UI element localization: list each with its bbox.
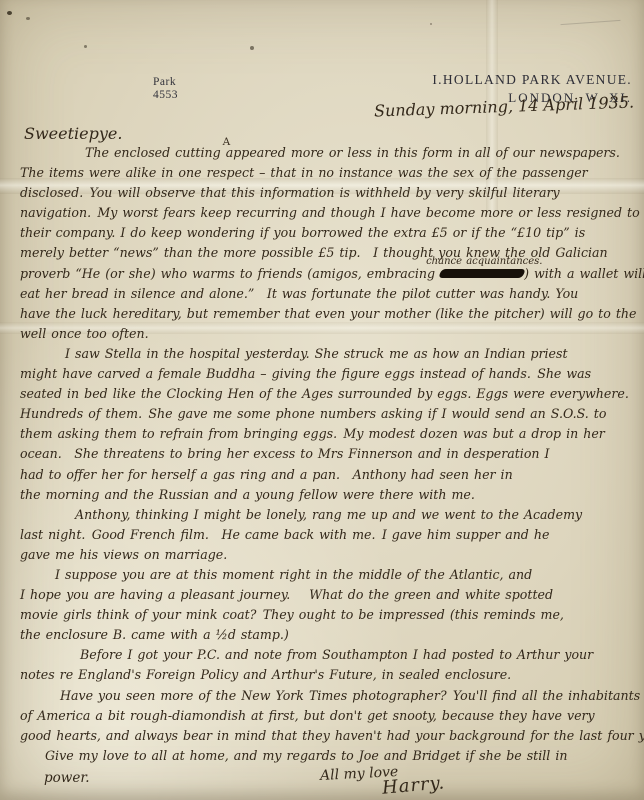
body-line: the enclosure B. came with a ½d stamp.) xyxy=(20,625,634,645)
body-line: Hundreds of them. She gave me some phone… xyxy=(20,404,634,424)
body-line: good hearts, and always bear in mind tha… xyxy=(20,726,634,746)
body-line: seated in bed like the Clocking Hen of t… xyxy=(20,384,634,404)
body-line: had to offer her for herself a gas ring … xyxy=(20,465,634,485)
phone-exchange: Park xyxy=(153,76,178,89)
body-line: The items were alike in one respect – th… xyxy=(20,163,634,183)
body-line: notes re England's Foreign Policy and Ar… xyxy=(20,665,634,685)
proverb-text-before: proverb “He (or she) who warms to friend… xyxy=(20,266,435,281)
body-line: disclosed. You will observe that this in… xyxy=(20,183,634,203)
body-line: last night. Good French film. He came ba… xyxy=(20,525,634,545)
pencil-scribble xyxy=(560,6,621,25)
body-line: Before I got your P.C. and note from Sou… xyxy=(20,645,634,665)
body-line: the morning and the Russian and a young … xyxy=(20,485,634,505)
paper-speck xyxy=(430,23,432,25)
redaction-wrap: chance acquaintances. xyxy=(440,264,524,284)
body-line: gave me his views on marriage. xyxy=(20,545,634,565)
opening-text-before: The enclosed cutting xyxy=(85,145,221,160)
body-line: I saw Stella in the hospital yesterday. … xyxy=(20,344,634,364)
body-line: of America a bit rough-diamondish at fir… xyxy=(20,706,634,726)
paper-speck xyxy=(7,11,12,15)
letter-body: The enclosed cuttingA appeared more or l… xyxy=(20,143,634,800)
inserted-letter-a: A xyxy=(223,132,231,152)
closing-last-word: power. xyxy=(44,770,90,786)
redaction-mark xyxy=(438,269,526,278)
body-line: have the luck hereditary, but remember t… xyxy=(20,304,634,324)
salutation: Sweetiepye. xyxy=(24,124,122,143)
body-line: Anthony, thinking I might be lonely, ran… xyxy=(20,505,634,525)
body-line: Have you seen more of the New York Times… xyxy=(20,686,634,706)
body-line: Give my love to all at home, and my rega… xyxy=(20,746,634,766)
closing-row: power. All my love Harry. xyxy=(20,766,634,800)
body-line: I hope you are having a pleasant journey… xyxy=(20,585,634,605)
body-line: navigation. My worst fears keep recurrin… xyxy=(20,203,634,223)
body-line: might have carved a female Buddha – givi… xyxy=(20,364,634,384)
body-line: I suppose you are at this moment right i… xyxy=(20,565,634,585)
body-line-proverb: proverb “He (or she) who warms to friend… xyxy=(20,264,634,284)
insertion-mark-a: A xyxy=(221,143,226,163)
paper-speck xyxy=(26,17,30,20)
paper-speck xyxy=(84,45,87,48)
body-line: movie girls think of your mink coat? The… xyxy=(20,605,634,625)
body-line: well once too often. xyxy=(20,324,634,344)
address-line-1: I.HOLLAND PARK AVENUE. xyxy=(432,72,632,88)
body-line: them asking them to refrain from bringin… xyxy=(20,424,634,444)
phone-number: 4553 xyxy=(153,89,178,102)
body-line: The enclosed cuttingA appeared more or l… xyxy=(20,143,634,163)
letterhead-phone: Park 4553 xyxy=(153,76,178,101)
letter-photo: Park 4553 I.HOLLAND PARK AVENUE. LONDON.… xyxy=(0,0,644,800)
body-line: ocean. She threatens to bring her excess… xyxy=(20,444,634,464)
opening-text-after: appeared more or less in this form in al… xyxy=(226,145,620,160)
date-line: Sunday morning, 14 April 1935. xyxy=(374,92,635,120)
body-line: eat her bread in silence and alone.” It … xyxy=(20,284,634,304)
signature: Harry. xyxy=(381,772,446,798)
paper-speck xyxy=(250,46,254,50)
body-line: their company. I do keep wondering if yo… xyxy=(20,223,634,243)
